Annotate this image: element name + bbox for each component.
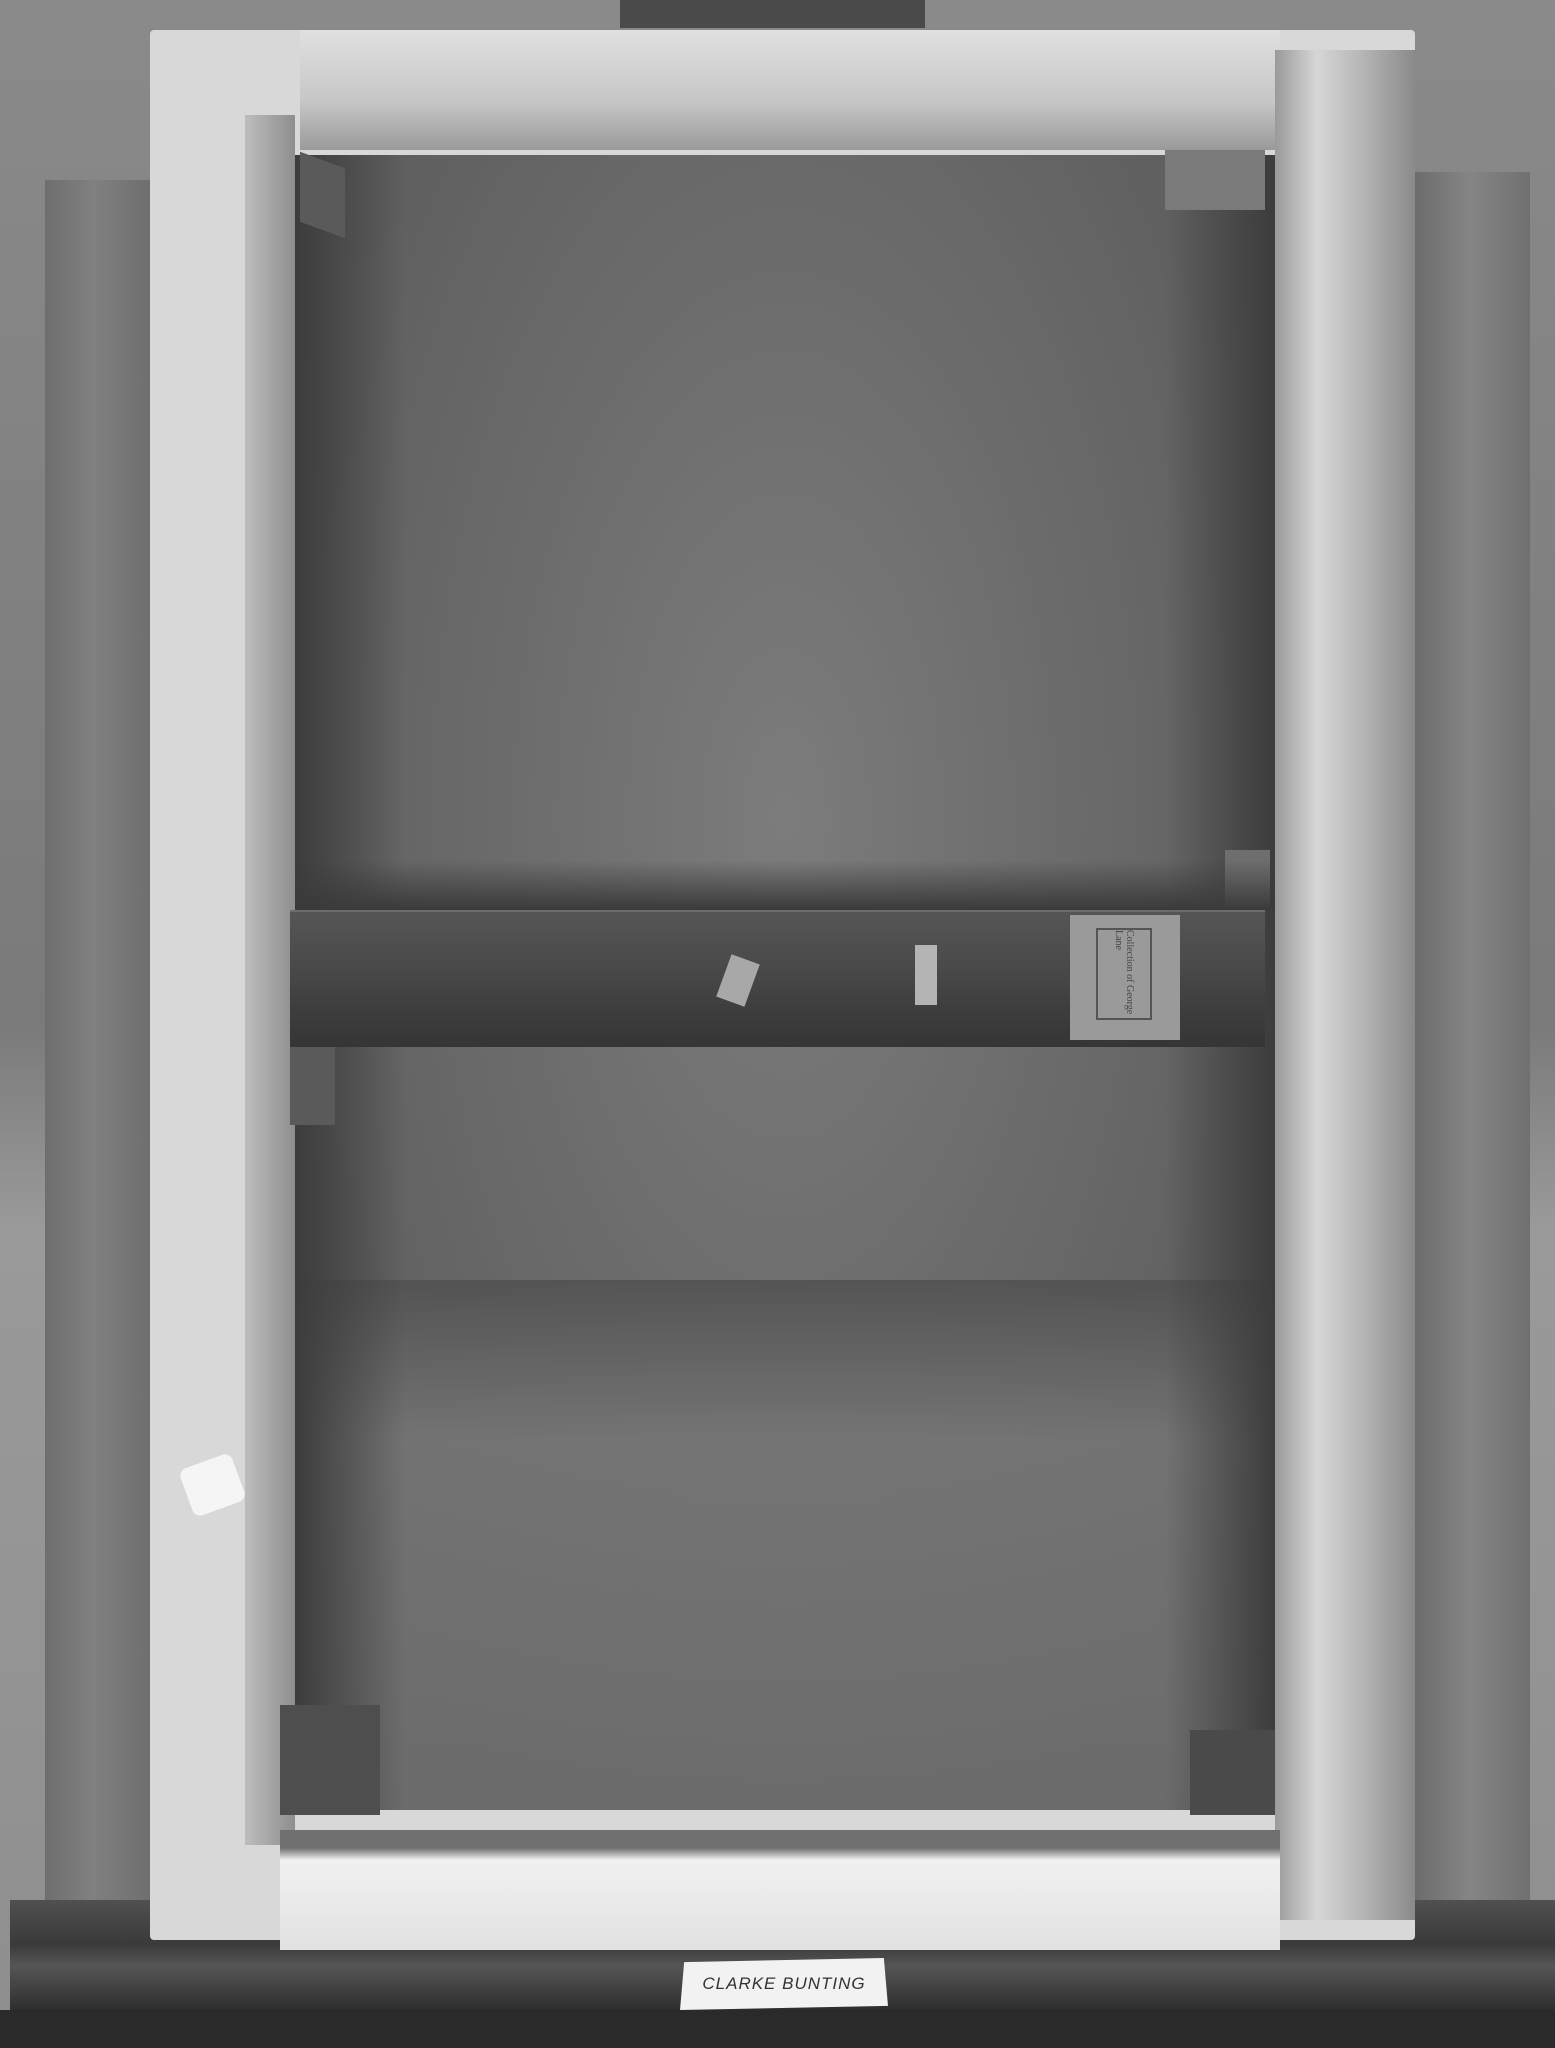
- collection-label: Collection of George Lane: [1096, 928, 1152, 1020]
- stretcher-key-bottom-left: [280, 1705, 380, 1815]
- collection-label-text: Collection of George Lane: [1113, 930, 1135, 1018]
- easel-base: [0, 2010, 1555, 2048]
- stretcher-key-mid-left: [290, 1045, 335, 1125]
- name-tape-text: CLARKE BUNTING: [702, 1974, 865, 1994]
- frame-left-inner-edge: [245, 115, 295, 1845]
- easel-top-clamp: [620, 0, 925, 28]
- easel-right-leg: [1410, 172, 1530, 1902]
- frame-bottom-rail: [280, 1830, 1280, 1950]
- frame-top-rail: [300, 30, 1280, 150]
- frame-right-rail: [1275, 50, 1415, 1920]
- canvas-stain: [295, 1280, 1275, 1810]
- stretcher-key-bottom-right: [1190, 1730, 1275, 1815]
- easel-left-leg: [45, 180, 165, 1900]
- name-tape-label: CLARKE BUNTING: [680, 1958, 888, 2010]
- crossbar-tab-label: [915, 945, 937, 1005]
- crossbar-shadow: [295, 860, 1275, 910]
- stretcher-key-top-right: [1165, 150, 1265, 210]
